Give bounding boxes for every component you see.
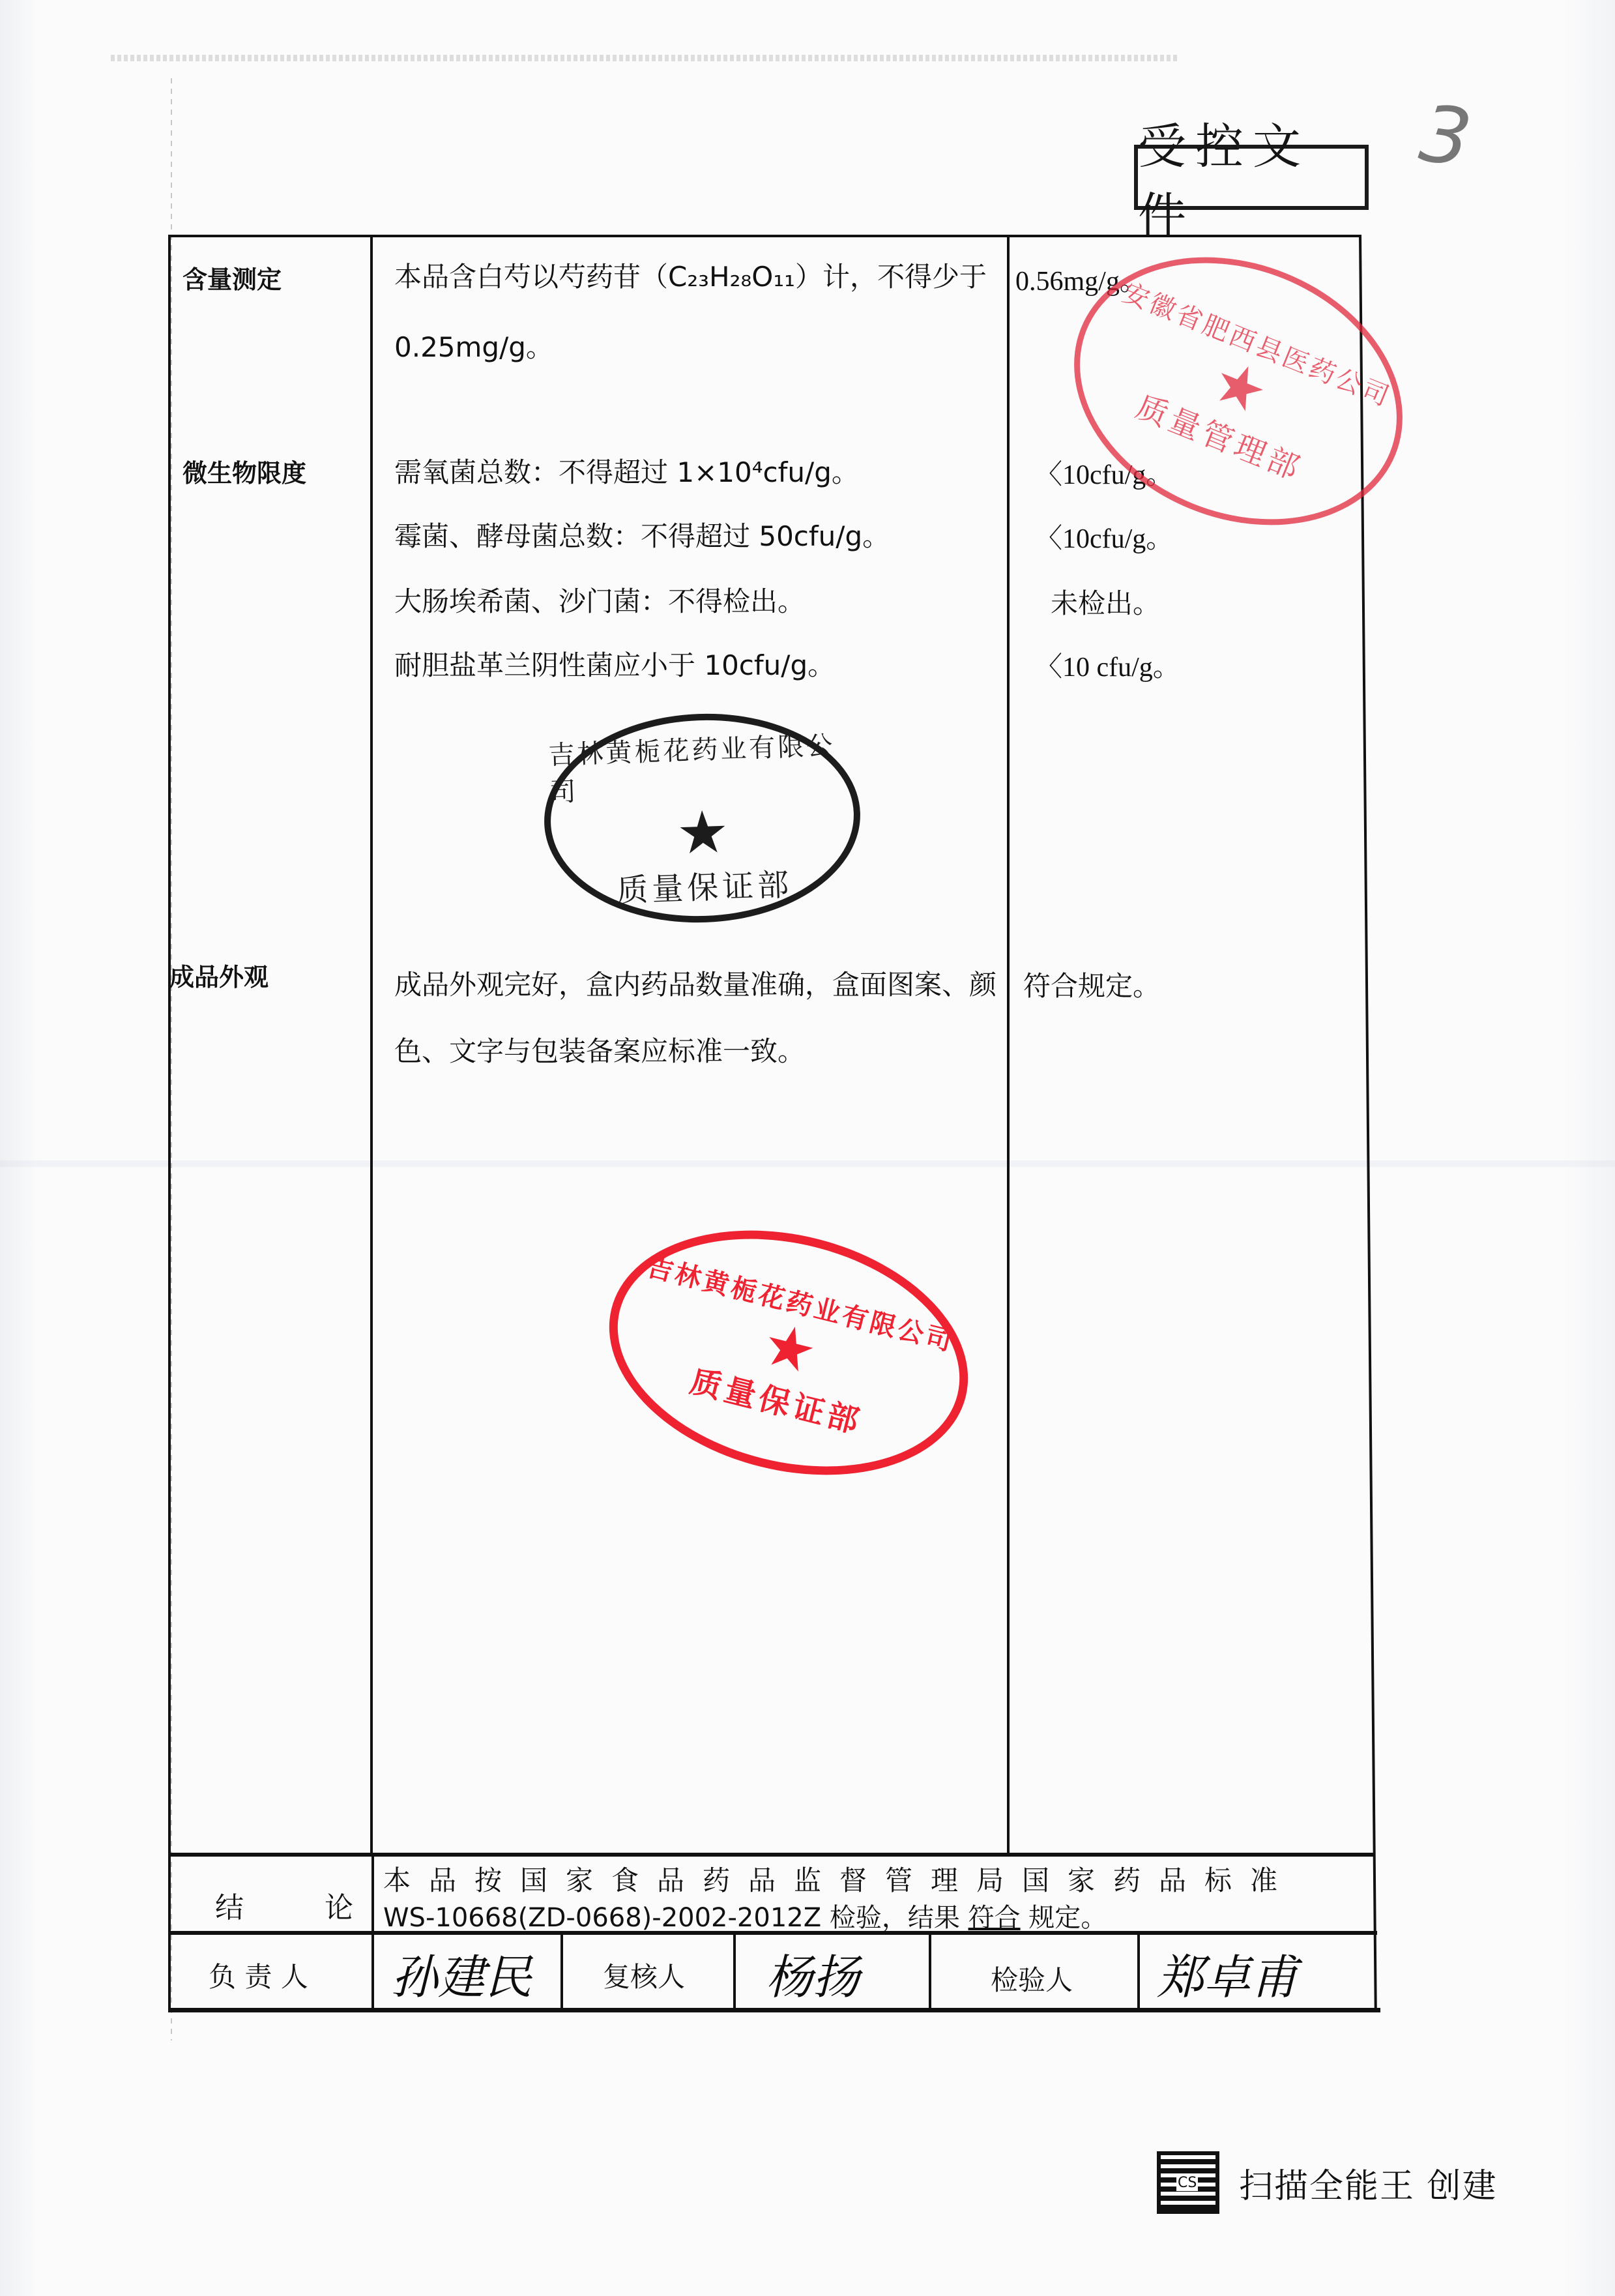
appearance-standard-line-2: 色、文字与包装备案应标准一致。 [394, 1030, 805, 1069]
reviewer-signature: 杨扬 [766, 1939, 860, 2007]
microbial-standard-line-2: 霉菌、酵母菌总数：不得超过 50cfu/g。 [394, 515, 890, 554]
content-assay-standard-line-2: 0.25mg/g。 [394, 326, 553, 365]
conclusion-line-2: WS-10668(ZD-0668)-2002-2012Z 检验，结果 符合 规定… [383, 1897, 1107, 1934]
table-bottom-border [168, 2008, 1380, 2012]
conclusion-standard-text: WS-10668(ZD-0668)-2002-2012Z 检验，结果 [383, 1903, 968, 1933]
microbial-standard-line-4: 耐胆盐革兰阴性菌应小于 10cfu/g。 [394, 644, 835, 683]
responsible-person-signature: 孙建民 [391, 1939, 532, 2007]
row-label-appearance: 成品外观 [169, 957, 269, 993]
qr-code-icon [1157, 2151, 1219, 2214]
sig-divider-2 [733, 1931, 736, 2008]
table-left-border [168, 235, 171, 2009]
watermark-text: 扫描全能王 创建 [1239, 2158, 1498, 2207]
table-col1-divider [370, 235, 373, 1855]
conclusion-suffix: 规定。 [1021, 1903, 1107, 1933]
camscanner-watermark: 扫描全能王 创建 [1157, 2151, 1498, 2214]
conclusion-top-border [168, 1853, 1374, 1857]
paper-fold [0, 1160, 1615, 1167]
reviewer-label: 复核人 [603, 1956, 685, 1995]
responsible-person-label: 负 责 人 [209, 1956, 308, 1995]
controlled-document-stamp: 受控文件 [1134, 145, 1369, 210]
inspector-label: 检验人 [991, 1959, 1073, 1998]
seal-dept-text: 质量保证部 [616, 859, 793, 910]
appearance-standard-line-1: 成品外观完好，盒内药品数量准确，盒面图案、颜 [394, 964, 997, 1003]
row-label-content-assay: 含量测定 [182, 259, 282, 295]
sig-divider-1 [560, 1931, 563, 2008]
sig-divider-4 [1137, 1931, 1140, 2008]
scan-artifact-dashes [171, 78, 172, 2040]
scan-artifact-strip [111, 55, 1180, 61]
seal-ring-text: 吉林黄栀花药业有限公司 [547, 724, 853, 808]
microbial-standard-line-1: 需氧菌总数：不得超过 1×10⁴cfu/g。 [394, 451, 859, 490]
conclusion-result-value: 符合 [968, 1903, 1021, 1933]
conclusion-line-1: 本品按国家食品药品监督管理局国家药品标准 [383, 1859, 1296, 1898]
microbial-result-line-3: 未检出。 [1051, 582, 1160, 621]
row-label-microbial-limit: 微生物限度 [182, 453, 306, 489]
microbial-result-line-2: 〈10cfu/g。 [1035, 517, 1173, 556]
table-top-border [168, 235, 1361, 237]
inspector-signature: 郑卓甫 [1157, 1939, 1298, 2007]
conclusion-label: 结 论 [215, 1884, 379, 1926]
microbial-standard-line-3: 大肠埃希菌、沙门菌：不得检出。 [394, 580, 805, 619]
microbial-result-line-4: 〈10 cfu/g。 [1035, 645, 1180, 684]
table-col2-divider [1007, 235, 1010, 1855]
content-assay-standard-line-1: 本品含白芍以芍药苷（C₂₃H₂₈O₁₁）计，不得少于 [394, 256, 987, 295]
appearance-result: 符合规定。 [1023, 965, 1160, 1004]
star-icon: ★ [675, 802, 730, 863]
sig-divider-3 [929, 1931, 931, 2008]
